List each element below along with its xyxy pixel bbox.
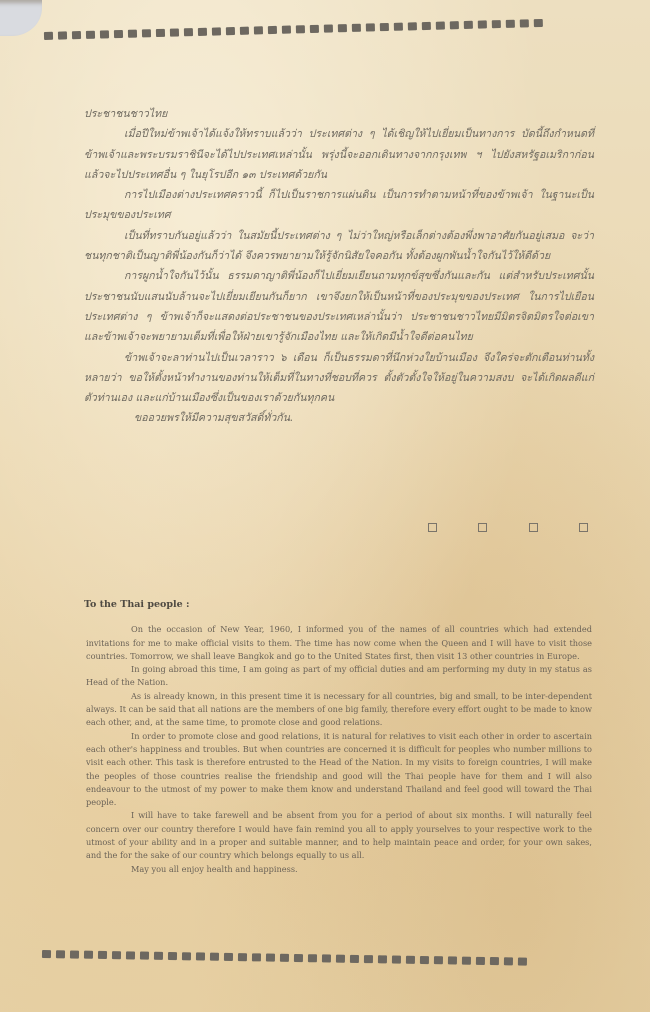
separator-box-icon: [579, 523, 588, 532]
dash-mark: [44, 32, 53, 40]
dash-mark: [520, 19, 529, 27]
thai-paragraph: การผูกน้ำใจกันไว้นั้น ธรรมดาญาติพี่น้องก…: [84, 266, 594, 347]
dash-mark: [98, 951, 107, 959]
dash-mark: [380, 23, 389, 31]
dash-mark: [464, 21, 473, 29]
dash-mark: [450, 21, 459, 29]
thai-text-block: ประชาชนชาวไทย เมื่อปีใหม่ข้าพเจ้าได้แจ้ง…: [84, 104, 594, 429]
dash-mark: [58, 31, 67, 39]
separator-box-icon: [529, 523, 538, 532]
dash-mark: [490, 957, 499, 965]
dash-mark: [42, 950, 51, 958]
dash-mark: [506, 20, 515, 28]
dash-mark: [212, 27, 221, 35]
dash-mark: [378, 955, 387, 963]
thai-paragraph: ข้าพเจ้าจะลาท่านไปเป็นเวลาราว ๖ เดือน ก็…: [84, 348, 594, 409]
dash-mark: [504, 957, 513, 965]
dash-mark: [168, 952, 177, 960]
dash-mark: [224, 953, 233, 961]
dash-mark: [140, 952, 149, 960]
dash-mark: [394, 23, 403, 31]
dash-mark: [156, 29, 165, 37]
english-text-block: To the Thai people : On the occasion of …: [86, 598, 592, 876]
dash-mark: [210, 953, 219, 961]
dash-mark: [350, 955, 359, 963]
thai-paragraph: การไปเมืองต่างประเทศคราวนี้ ก็ไปเป็นราชก…: [84, 185, 594, 226]
section-separator: [428, 523, 588, 532]
dash-mark: [476, 957, 485, 965]
dash-mark: [72, 31, 81, 39]
separator-box-icon: [478, 523, 487, 532]
thai-paragraph: เป็นที่ทราบกันอยู่แล้วว่า ในสมัยนี้ประเท…: [84, 226, 594, 267]
dash-mark: [448, 956, 457, 964]
dash-mark: [322, 954, 331, 962]
dash-mark: [338, 24, 347, 32]
dash-mark: [308, 954, 317, 962]
dash-mark: [196, 952, 205, 960]
dash-mark: [324, 24, 333, 32]
dash-mark: [434, 956, 443, 964]
dash-mark: [86, 31, 95, 39]
dash-mark: [534, 19, 543, 27]
dash-mark: [128, 30, 137, 38]
dash-mark: [142, 29, 151, 37]
dash-mark: [70, 950, 79, 958]
english-paragraph: In going abroad this time, I am going as…: [86, 663, 592, 690]
dash-mark: [56, 950, 65, 958]
dash-mark: [420, 956, 429, 964]
dash-mark: [268, 26, 277, 34]
dash-mark: [198, 28, 207, 36]
dash-mark: [366, 23, 375, 31]
dash-mark: [226, 27, 235, 35]
dash-mark: [266, 954, 275, 962]
english-paragraph: In order to promote close and good relat…: [86, 730, 592, 810]
dash-mark: [310, 25, 319, 33]
dash-mark: [336, 955, 345, 963]
dash-mark: [254, 26, 263, 34]
dash-mark: [238, 953, 247, 961]
dash-mark: [240, 27, 249, 35]
torn-corner: [0, 0, 42, 36]
dash-mark: [406, 956, 415, 964]
dash-mark: [170, 28, 179, 36]
dash-mark: [364, 955, 373, 963]
dash-mark: [154, 952, 163, 960]
separator-box-icon: [428, 523, 437, 532]
dash-mark: [294, 954, 303, 962]
dash-mark: [296, 25, 305, 33]
dash-mark: [84, 951, 93, 959]
dash-mark: [184, 28, 193, 36]
dash-mark: [252, 953, 261, 961]
paper-page: ประชาชนชาวไทย เมื่อปีใหม่ข้าพเจ้าได้แจ้ง…: [0, 0, 650, 1012]
english-paragraph: As is already known, in this present tim…: [86, 690, 592, 730]
dash-mark: [100, 30, 109, 38]
dash-mark: [436, 22, 445, 30]
thai-salutation: ประชาชนชาวไทย: [84, 104, 594, 124]
top-dashed-border: [44, 17, 634, 40]
dash-mark: [478, 20, 487, 28]
thai-paragraph: เมื่อปีใหม่ข้าพเจ้าได้แจ้งให้ทราบแล้วว่า…: [84, 124, 594, 185]
dash-mark: [114, 30, 123, 38]
dash-mark: [282, 26, 291, 34]
dash-mark: [126, 951, 135, 959]
english-paragraph: I will have to take farewell and be abse…: [86, 809, 592, 862]
dash-mark: [422, 22, 431, 30]
dash-mark: [352, 24, 361, 32]
thai-closing: ขออวยพรให้มีความสุขสวัสดิ์ทั่วกัน.: [84, 408, 594, 428]
english-salutation: To the Thai people :: [84, 598, 592, 611]
english-paragraph: On the occasion of New Year, 1960, I inf…: [86, 623, 592, 663]
bottom-dashed-border: [42, 950, 642, 967]
dash-mark: [112, 951, 121, 959]
dash-mark: [280, 954, 289, 962]
dash-mark: [462, 957, 471, 965]
dash-mark: [182, 952, 191, 960]
dash-mark: [408, 22, 417, 30]
dash-mark: [492, 20, 501, 28]
english-closing: May you all enjoy health and happiness.: [86, 863, 592, 876]
dash-mark: [392, 955, 401, 963]
dash-mark: [518, 957, 527, 965]
